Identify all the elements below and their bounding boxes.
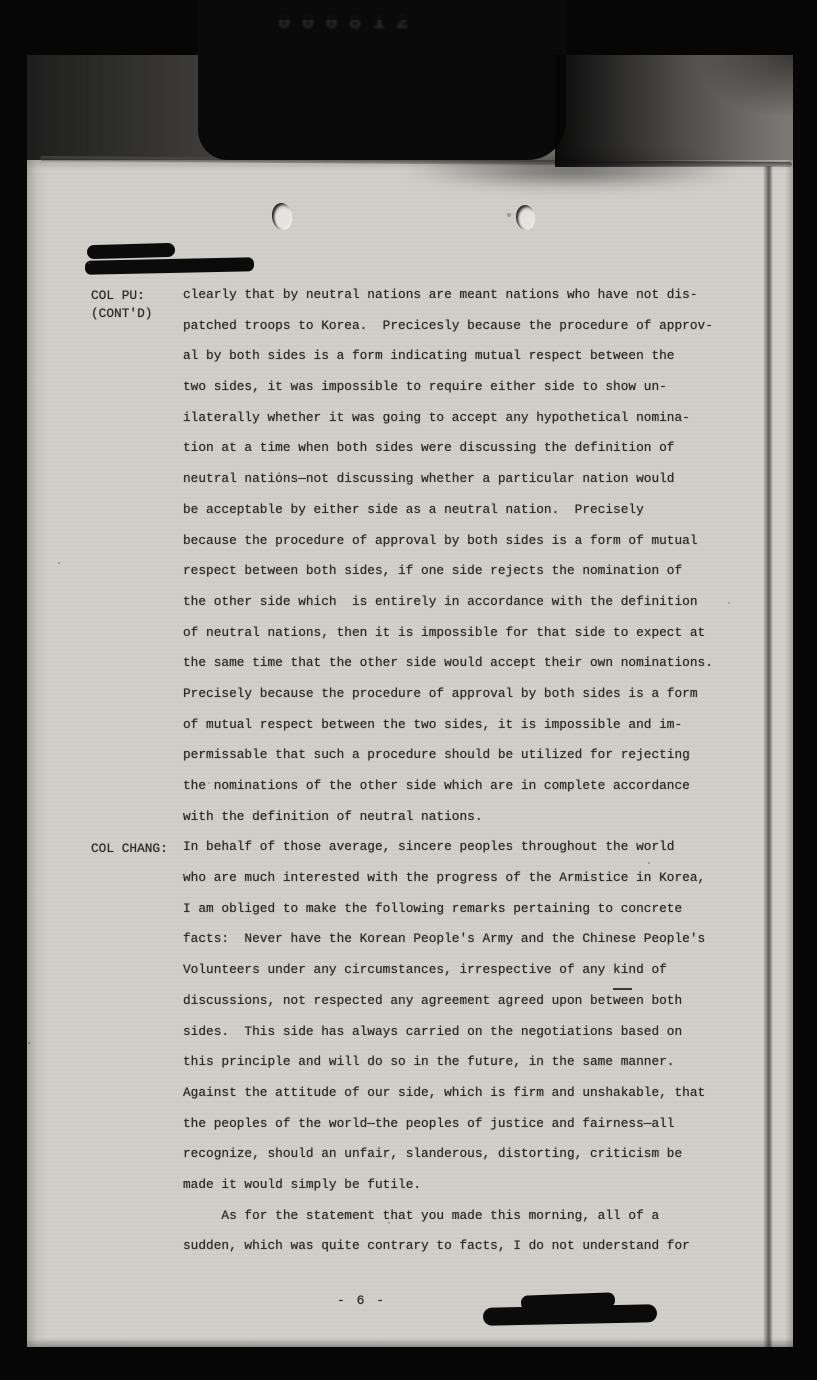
transcript-line: the nominations of the other side which … <box>183 771 743 802</box>
transcript-line: clearly that by neutral nations are mean… <box>183 280 743 311</box>
speaker-sublabel-contd: (CONT'D) <box>91 306 152 321</box>
transcript-line: with the definition of neutral nations. <box>183 802 743 833</box>
transcript-line: ilaterally whether it was going to accep… <box>183 403 743 434</box>
transcript-line: the other side which is entirely in acco… <box>183 587 743 618</box>
transcript-line: sides. This side has always carried on t… <box>183 1017 743 1048</box>
page-number: - 6 - <box>337 1293 386 1308</box>
transcript-line: discussions, not respected any agreement… <box>183 986 743 1017</box>
speaker-label-col-chang: COL CHANG: <box>91 841 168 856</box>
transcript-line: neutral nations—not discussing whether a… <box>183 464 743 495</box>
transcript-line: In behalf of those average, sincere peop… <box>183 832 743 863</box>
transcript-line: permissable that such a procedure should… <box>183 740 743 771</box>
redaction-bar-bottom-2 <box>483 1304 657 1326</box>
transcript-body: clearly that by neutral nations are mean… <box>183 280 743 1262</box>
transcript-line: who are much interested with the progres… <box>183 863 743 894</box>
transcript-line: facts: Never have the Korean People's Ar… <box>183 924 743 955</box>
transcript-line: respect between both sides, if one side … <box>183 556 743 587</box>
transcript-line: patched troops to Korea. Precicesly beca… <box>183 311 743 342</box>
device-shadow-right <box>555 55 795 167</box>
transcript-line: be acceptable by either side as a neutra… <box>183 495 743 526</box>
sheet-edge-crease <box>763 166 773 1347</box>
transcript-line: of neutral nations, then it is impossibl… <box>183 618 743 649</box>
transcript-line: made it would simply be futile. <box>183 1170 743 1201</box>
transcript-line: sudden, which was quite contrary to fact… <box>183 1231 743 1262</box>
speaker-label-col-pu: COL PU: <box>91 288 145 303</box>
transcript-line: this principle and will do so in the fut… <box>183 1047 743 1078</box>
transcript-line: Against the attitude of our side, which … <box>183 1078 743 1109</box>
transcript-line: because the procedure of approval by bot… <box>183 526 743 557</box>
transcript-line: the same time that the other side would … <box>183 648 743 679</box>
transcript-line: two sides, it was impossible to require … <box>183 372 743 403</box>
transcript-line: al by both sides is a form indicating mu… <box>183 341 743 372</box>
counter-digits-mask <box>262 8 502 20</box>
transcript-line: As for the statement that you made this … <box>183 1201 743 1232</box>
transcript-line: I am obliged to make the following remar… <box>183 894 743 925</box>
scanned-document-page: 000812 COL PU: (CONT'D) COL CHANG: clear… <box>0 0 817 1380</box>
transcript-line: tion at a time when both sides were disc… <box>183 433 743 464</box>
transcript-line: Volunteers under any circumstances, irre… <box>183 955 743 986</box>
transcript-line: of mutual respect between the two sides,… <box>183 710 743 741</box>
transcript-line: Precisely because the procedure of appro… <box>183 679 743 710</box>
transcript-line: recognize, should an unfair, slanderous,… <box>183 1139 743 1170</box>
redaction-bar-top-1 <box>87 243 175 259</box>
underline-mark <box>613 988 632 990</box>
transcript-line: the peoples of the world—the peoples of … <box>183 1109 743 1140</box>
paper-specks <box>88 262 90 264</box>
